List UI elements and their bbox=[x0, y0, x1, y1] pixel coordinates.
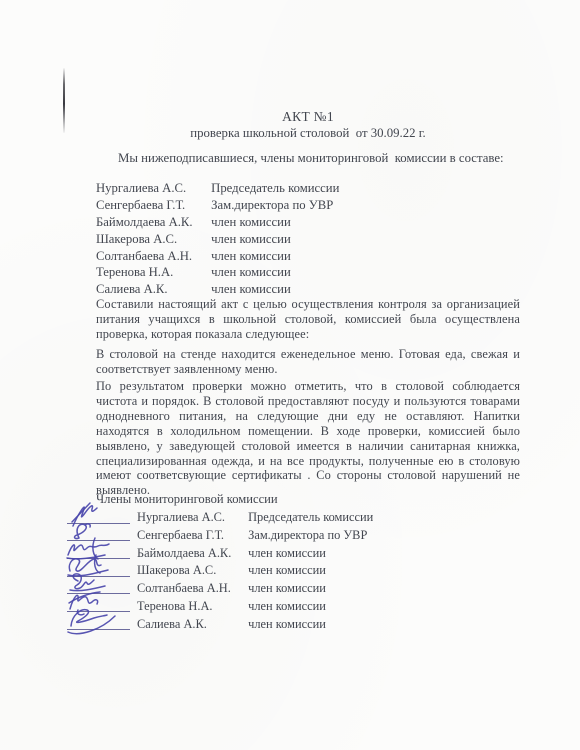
paragraph-menu: В столовой на стенде находится еженедель… bbox=[96, 347, 520, 377]
member-role: член комиссии bbox=[211, 215, 291, 229]
member-name: Теренова Н.А. bbox=[96, 264, 208, 281]
member-name: Баймолдаева А.К. bbox=[96, 214, 208, 231]
signature-row: Нургалиева А.С. Председатель комиссии bbox=[96, 509, 520, 526]
signature-row: Сенгербаева Г.Т. Зам.директора по УВР bbox=[96, 527, 520, 544]
signatory-role: член комиссии bbox=[248, 617, 326, 631]
document-title: АКТ №1 bbox=[96, 109, 520, 125]
signatory-role: член комиссии bbox=[248, 581, 326, 595]
signatory-role: Председатель комиссии bbox=[248, 510, 373, 524]
signatories-list: Нургалиева А.С. Председатель комиссии Се… bbox=[96, 509, 520, 649]
paragraph-results: По результатом проверки можно отметить, … bbox=[96, 379, 520, 498]
signatory-role: член комиссии bbox=[248, 599, 326, 613]
member-name: Шакерова А.С. bbox=[96, 231, 208, 248]
signature-row: Теренова Н.А. член комиссии bbox=[96, 598, 520, 615]
member-role: член комиссии bbox=[211, 249, 291, 263]
member-role: член комиссии bbox=[211, 232, 291, 246]
document-content: АКТ №1 проверка школьной столовой от 30.… bbox=[96, 0, 520, 750]
signature-ink bbox=[65, 606, 147, 640]
signature-row: Баймолдаева А.К. член комиссии bbox=[96, 545, 520, 562]
document-subtitle: проверка школьной столовой от 30.09.22 г… bbox=[96, 126, 520, 141]
member-row: Баймолдаева А.К. член комиссии bbox=[96, 214, 520, 231]
member-row: Нургалиева А.С. Председатель комиссии bbox=[96, 180, 520, 197]
member-name: Нургалиева А.С. bbox=[96, 180, 208, 197]
signatory-name: Салиева А.К. bbox=[137, 616, 245, 633]
scan-crease-artifact bbox=[63, 68, 65, 133]
signatory-name: Теренова Н.А. bbox=[137, 598, 245, 615]
scanned-document-page: АКТ №1 проверка школьной столовой от 30.… bbox=[0, 0, 580, 750]
member-row: Салиева А.К. член комиссии bbox=[96, 281, 520, 298]
member-row: Сенгербаева Г.Т. Зам.директора по УВР bbox=[96, 197, 520, 214]
member-row: Солтанбаева А.Н. член комиссии bbox=[96, 248, 520, 265]
commission-members-list: Нургалиева А.С. Председатель комиссии Се… bbox=[96, 180, 520, 298]
signatory-name: Нургалиева А.С. bbox=[137, 509, 245, 526]
signatory-role: член комиссии bbox=[248, 563, 326, 577]
member-row: Теренова Н.А. член комиссии bbox=[96, 264, 520, 281]
member-role: член комиссии bbox=[211, 265, 291, 279]
member-role: Председатель комиссии bbox=[211, 181, 339, 195]
member-name: Солтанбаева А.Н. bbox=[96, 248, 208, 265]
intro-line: Мы нижеподписавшиеся, члены мониторингов… bbox=[118, 151, 518, 166]
member-row: Шакерова А.С. член комиссии bbox=[96, 231, 520, 248]
member-role: член комиссии bbox=[211, 282, 291, 296]
signatory-name: Шакерова А.С. bbox=[137, 562, 245, 579]
signatory-role: член комиссии bbox=[248, 546, 326, 560]
paragraph-purpose: Составили настоящий акт с целью осуществ… bbox=[96, 297, 520, 342]
signature-row: Салиева А.К. член комиссии bbox=[96, 616, 520, 633]
member-role: Зам.директора по УВР bbox=[211, 198, 333, 212]
member-name: Салиева А.К. bbox=[96, 281, 208, 298]
signatory-name: Баймолдаева А.К. bbox=[137, 545, 245, 562]
member-name: Сенгербаева Г.Т. bbox=[96, 197, 208, 214]
signatory-name: Сенгербаева Г.Т. bbox=[137, 527, 245, 544]
signature-row: Шакерова А.С. член комиссии bbox=[96, 562, 520, 579]
signature-row: Солтанбаева А.Н. член комиссии bbox=[96, 580, 520, 597]
signatory-role: Зам.директора по УВР bbox=[248, 528, 367, 542]
signatory-name: Солтанбаева А.Н. bbox=[137, 580, 245, 597]
